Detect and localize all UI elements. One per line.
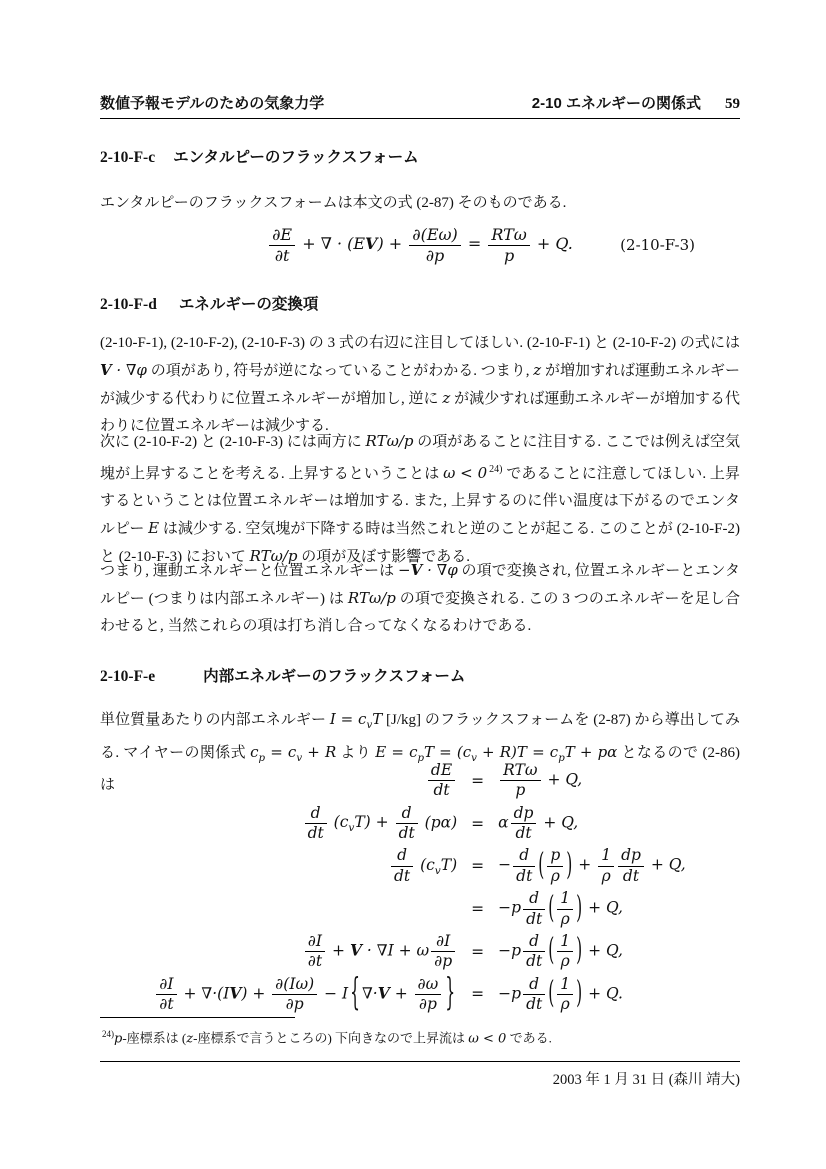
fraction: ∂ω∂p xyxy=(415,976,442,1014)
math-text: + ∇ · (E xyxy=(297,234,365,253)
equation-block: dEdt=RTωp + Q,ddt (cvT) + ddt (pα)=αdpdt… xyxy=(100,757,740,1018)
section-title: 内部エネルギーのフラックスフォーム xyxy=(203,668,465,685)
math-text: ∂p xyxy=(434,952,452,970)
math-text: dt xyxy=(623,867,639,885)
footer-rule xyxy=(100,1061,740,1062)
math-vector: V xyxy=(100,361,112,379)
equation-row: ∂I∂t + V · ∇I + ω∂I∂p=−pddt(1ρ) + Q, xyxy=(154,933,685,971)
footnote-rule xyxy=(100,1017,295,1018)
math-text: ∂I xyxy=(436,932,450,950)
math-text: α xyxy=(498,813,508,831)
math-vector: V xyxy=(378,983,390,1002)
big-paren: ) xyxy=(576,932,582,968)
math-text: dt xyxy=(516,867,532,885)
math-text: (cvT) + xyxy=(329,813,394,831)
section-heading-2-10-F-e: 2-10-F-e内部エネルギーのフラックスフォーム xyxy=(100,664,740,686)
math-text: dt xyxy=(433,781,449,799)
big-brace: } xyxy=(445,971,455,1014)
math-text: RTω xyxy=(503,761,537,779)
math-text: + Q, xyxy=(543,770,583,788)
section-heading-2-10-F-c: 2-10-F-cエンタルピーのフラックスフォーム xyxy=(100,145,740,167)
math-vector: V xyxy=(350,940,362,959)
header-left-title: 数値予報モデルのための気象力学 xyxy=(100,92,324,113)
math-text: dt xyxy=(394,867,410,885)
footnote: 24)p-座標系は (z-座標系で言うところの) 下向きなので上昇流は ω < … xyxy=(100,1024,740,1049)
equals-sign: = xyxy=(457,890,498,928)
fraction: dpdt xyxy=(511,805,537,843)
math-text: 1 xyxy=(560,889,570,907)
text-run: (2-10-F-1), (2-10-F-2), (2-10-F-3) の 3 式… xyxy=(100,335,740,351)
math-text: + Q, xyxy=(583,941,623,959)
section-number: 2-10-F-d xyxy=(100,296,157,313)
math-text: ∂t xyxy=(275,246,290,265)
math-text: − I xyxy=(319,984,348,1002)
equation-row: =−pddt(1ρ) + Q, xyxy=(154,890,685,928)
math-text: −p xyxy=(498,984,521,1002)
math-text: ) + xyxy=(241,984,270,1002)
math-text: RTω/p xyxy=(348,589,396,607)
math-text: ∂(Eω) xyxy=(412,225,457,244)
text-run: 次に (2-10-F-2) と (2-10-F-3) には両方に xyxy=(100,434,366,450)
fraction: ddt xyxy=(396,805,418,843)
big-paren: ) xyxy=(576,889,582,925)
math-text: dt xyxy=(526,952,542,970)
math-text: ∂t xyxy=(159,995,173,1013)
fraction: ∂I∂p xyxy=(431,933,455,971)
big-paren: ) xyxy=(576,975,582,1011)
math-text: p xyxy=(550,846,560,864)
big-brace: { xyxy=(350,971,360,1014)
math-text: dE xyxy=(431,761,452,779)
math-text: 1 xyxy=(601,846,611,864)
math-text: dt xyxy=(399,824,415,842)
math-text: dt xyxy=(526,910,542,928)
math-text: ρ xyxy=(551,867,560,885)
footnote-marker: 24) xyxy=(489,464,502,475)
equation-row: ddt (cvT)=−ddt(pρ) + 1ρdpdt + Q, xyxy=(154,847,685,885)
math-text: ω < 0 xyxy=(468,1031,506,1046)
section-title: エネルギーの変換項 xyxy=(179,296,319,313)
math-text: 1 xyxy=(560,975,570,993)
math-text: ∇· xyxy=(362,984,378,1002)
math-text: p xyxy=(504,246,514,265)
math-text: d xyxy=(529,932,539,950)
big-paren: ( xyxy=(548,932,554,968)
math-text: ρ xyxy=(602,867,611,885)
math-text: −p xyxy=(498,899,521,917)
fraction: ddt xyxy=(391,847,413,885)
math-text: I = cvT xyxy=(330,710,382,728)
fraction: ∂E∂t xyxy=(269,226,295,265)
math-text: · ∇φ xyxy=(422,561,457,579)
document-page: 数値予報モデルのための気象力学 2-10 エネルギーの関係式59 2-10-F-… xyxy=(0,0,826,1169)
math-text: p xyxy=(515,781,525,799)
math-text: E xyxy=(148,519,159,537)
fraction: pρ xyxy=(547,847,563,885)
section-number: 2-10-F-c xyxy=(100,149,155,166)
big-paren: ) xyxy=(566,846,572,882)
equals-sign: = xyxy=(457,847,498,885)
math-text: ρ xyxy=(561,995,570,1013)
equation-row: ∂I∂t + ∇·(IV) + ∂(Iω)∂p − I{∇·V + ∂ω∂p}=… xyxy=(154,976,685,1014)
fraction: ∂I∂t xyxy=(156,976,176,1014)
big-paren: ( xyxy=(538,846,544,882)
fraction: ∂(Eω)∂p xyxy=(409,226,460,265)
math-text: ∂(Iω) xyxy=(275,975,314,993)
paragraph-1: エンタルピーのフラックスフォームは本文の式 (2-87) そのものである. xyxy=(100,190,740,217)
fraction: 1ρ xyxy=(598,847,614,885)
section-heading-2-10-F-d: 2-10-F-dエネルギーの変換項 xyxy=(100,292,740,314)
math-text: dp xyxy=(514,804,534,822)
math-text: ∂I xyxy=(308,932,322,950)
math-text: ) + xyxy=(377,234,407,253)
equation-table: dEdt=RTωp + Q,ddt (cvT) + ddt (pα)=αdpdt… xyxy=(154,757,685,1018)
math-text: + xyxy=(573,856,596,874)
math-text: + Q. xyxy=(583,984,623,1002)
math-text: ∂p xyxy=(426,246,445,265)
fraction: ddt xyxy=(305,805,327,843)
equals-sign: = xyxy=(457,933,498,971)
math-text: 1 xyxy=(560,932,570,950)
math-text: d xyxy=(397,846,407,864)
fraction: ddt xyxy=(523,890,545,928)
math-text: d xyxy=(519,846,529,864)
fraction: ∂I∂t xyxy=(305,933,325,971)
math-vector: V xyxy=(229,983,241,1002)
math-vector: V xyxy=(365,234,377,253)
math-text: − xyxy=(498,856,511,874)
equation-2-10-F-3: ∂E∂t + ∇ · (EV) + ∂(Eω)∂p = RTωp + Q. (2… xyxy=(100,218,740,272)
fraction: RTωp xyxy=(488,226,529,265)
math-text: d xyxy=(311,804,321,822)
math-text: + xyxy=(390,984,413,1002)
section-number: 2-10-F-e xyxy=(100,668,155,685)
math-text: RTω/p xyxy=(366,432,414,450)
math-text: −p xyxy=(498,941,521,959)
math-text: d xyxy=(402,804,412,822)
footer-date: 2003 年 1 月 31 日 (森川 靖大) xyxy=(100,1068,740,1089)
math-text: (pα) xyxy=(420,813,457,831)
math-text: = xyxy=(463,234,487,253)
math-text: RTω xyxy=(491,225,526,244)
fraction: 1ρ xyxy=(557,890,573,928)
math-text: dt xyxy=(308,824,324,842)
text-run: -座標系で言うところの) 下向きなので上昇流は xyxy=(193,1030,468,1045)
math-text: + Q. xyxy=(532,234,573,253)
equals-sign: = xyxy=(457,976,498,1014)
fraction: ddt xyxy=(513,847,535,885)
math-text: · ∇I + ω xyxy=(362,941,429,959)
fraction: ddt xyxy=(523,976,545,1014)
text-run: エンタルピーのフラックスフォームは本文の式 (2-87) そのものである. xyxy=(100,195,566,211)
fraction: ∂(Iω)∂p xyxy=(272,976,317,1014)
equation-row: ddt (cvT) + ddt (pα)=αdpdt + Q, xyxy=(154,805,685,843)
paragraph-3: 次に (2-10-F-2) と (2-10-F-3) には両方に RTω/p の… xyxy=(100,428,740,571)
math-text: ∂E xyxy=(272,225,292,244)
text-run: つまり, 運動エネルギーと位置エネルギーは xyxy=(100,563,398,579)
equals-sign: = xyxy=(457,762,498,800)
math-text: d xyxy=(529,975,539,993)
big-paren: ( xyxy=(548,889,554,925)
paragraph-4: つまり, 運動エネルギーと位置エネルギーは −V · ∇φ の項で変換され, 位… xyxy=(100,557,740,640)
equation-body: ∂E∂t + ∇ · (EV) + ∂(Eω)∂p = RTωp + Q. xyxy=(267,226,573,265)
equation-row: dEdt=RTωp + Q, xyxy=(154,762,685,800)
footnote-marker: 24) xyxy=(102,1029,114,1039)
equals-sign: = xyxy=(457,805,498,843)
math-text: dt xyxy=(526,995,542,1013)
header-right: 2-10 エネルギーの関係式59 xyxy=(532,92,740,113)
math-text: ∂p xyxy=(286,995,304,1013)
math-text: ρ xyxy=(561,952,570,970)
fraction: RTωp xyxy=(500,762,540,800)
math-text: ∂p xyxy=(419,995,437,1013)
big-paren: ( xyxy=(548,975,554,1011)
fraction: 1ρ xyxy=(557,976,573,1014)
math-text: (cvT) xyxy=(415,856,457,874)
math-text: ρ xyxy=(561,910,570,928)
text-run: -座標系は ( xyxy=(122,1030,186,1045)
fraction: ddt xyxy=(523,933,545,971)
text-run: 単位質量あたりの内部エネルギー xyxy=(100,712,330,728)
page-header: 数値予報モデルのための気象力学 2-10 エネルギーの関係式59 xyxy=(100,92,740,119)
math-text: + Q, xyxy=(646,856,686,874)
math-text: + Q, xyxy=(538,813,578,831)
fraction: dpdt xyxy=(618,847,644,885)
math-text: − xyxy=(398,561,411,579)
paragraph-2: (2-10-F-1), (2-10-F-2), (2-10-F-3) の 3 式… xyxy=(100,330,740,440)
equation-tag: (2-10-F-3) xyxy=(620,236,695,254)
math-text: · ∇φ xyxy=(112,361,147,379)
text-run: である. xyxy=(506,1030,552,1045)
section-title: エンタルピーのフラックスフォーム xyxy=(173,149,419,166)
math-text: dp xyxy=(621,846,641,864)
math-text: dt xyxy=(515,824,531,842)
text-run: の項があり, 符号が逆になっていることがわかる. つまり, xyxy=(147,363,533,379)
fraction: dEdt xyxy=(428,762,455,800)
math-text: + ∇·(I xyxy=(179,984,230,1002)
math-text: + xyxy=(327,941,350,959)
math-text: d xyxy=(529,889,539,907)
math-text: + Q, xyxy=(583,899,623,917)
math-text: ∂t xyxy=(308,952,322,970)
page-number: 59 xyxy=(725,96,740,112)
math-text: ω < 0 xyxy=(443,464,487,482)
math-text: ∂ω xyxy=(418,975,439,993)
fraction: 1ρ xyxy=(557,933,573,971)
header-section-title: 2-10 エネルギーの関係式 xyxy=(532,95,701,112)
math-text: ∂I xyxy=(159,975,173,993)
math-vector: V xyxy=(411,561,423,579)
